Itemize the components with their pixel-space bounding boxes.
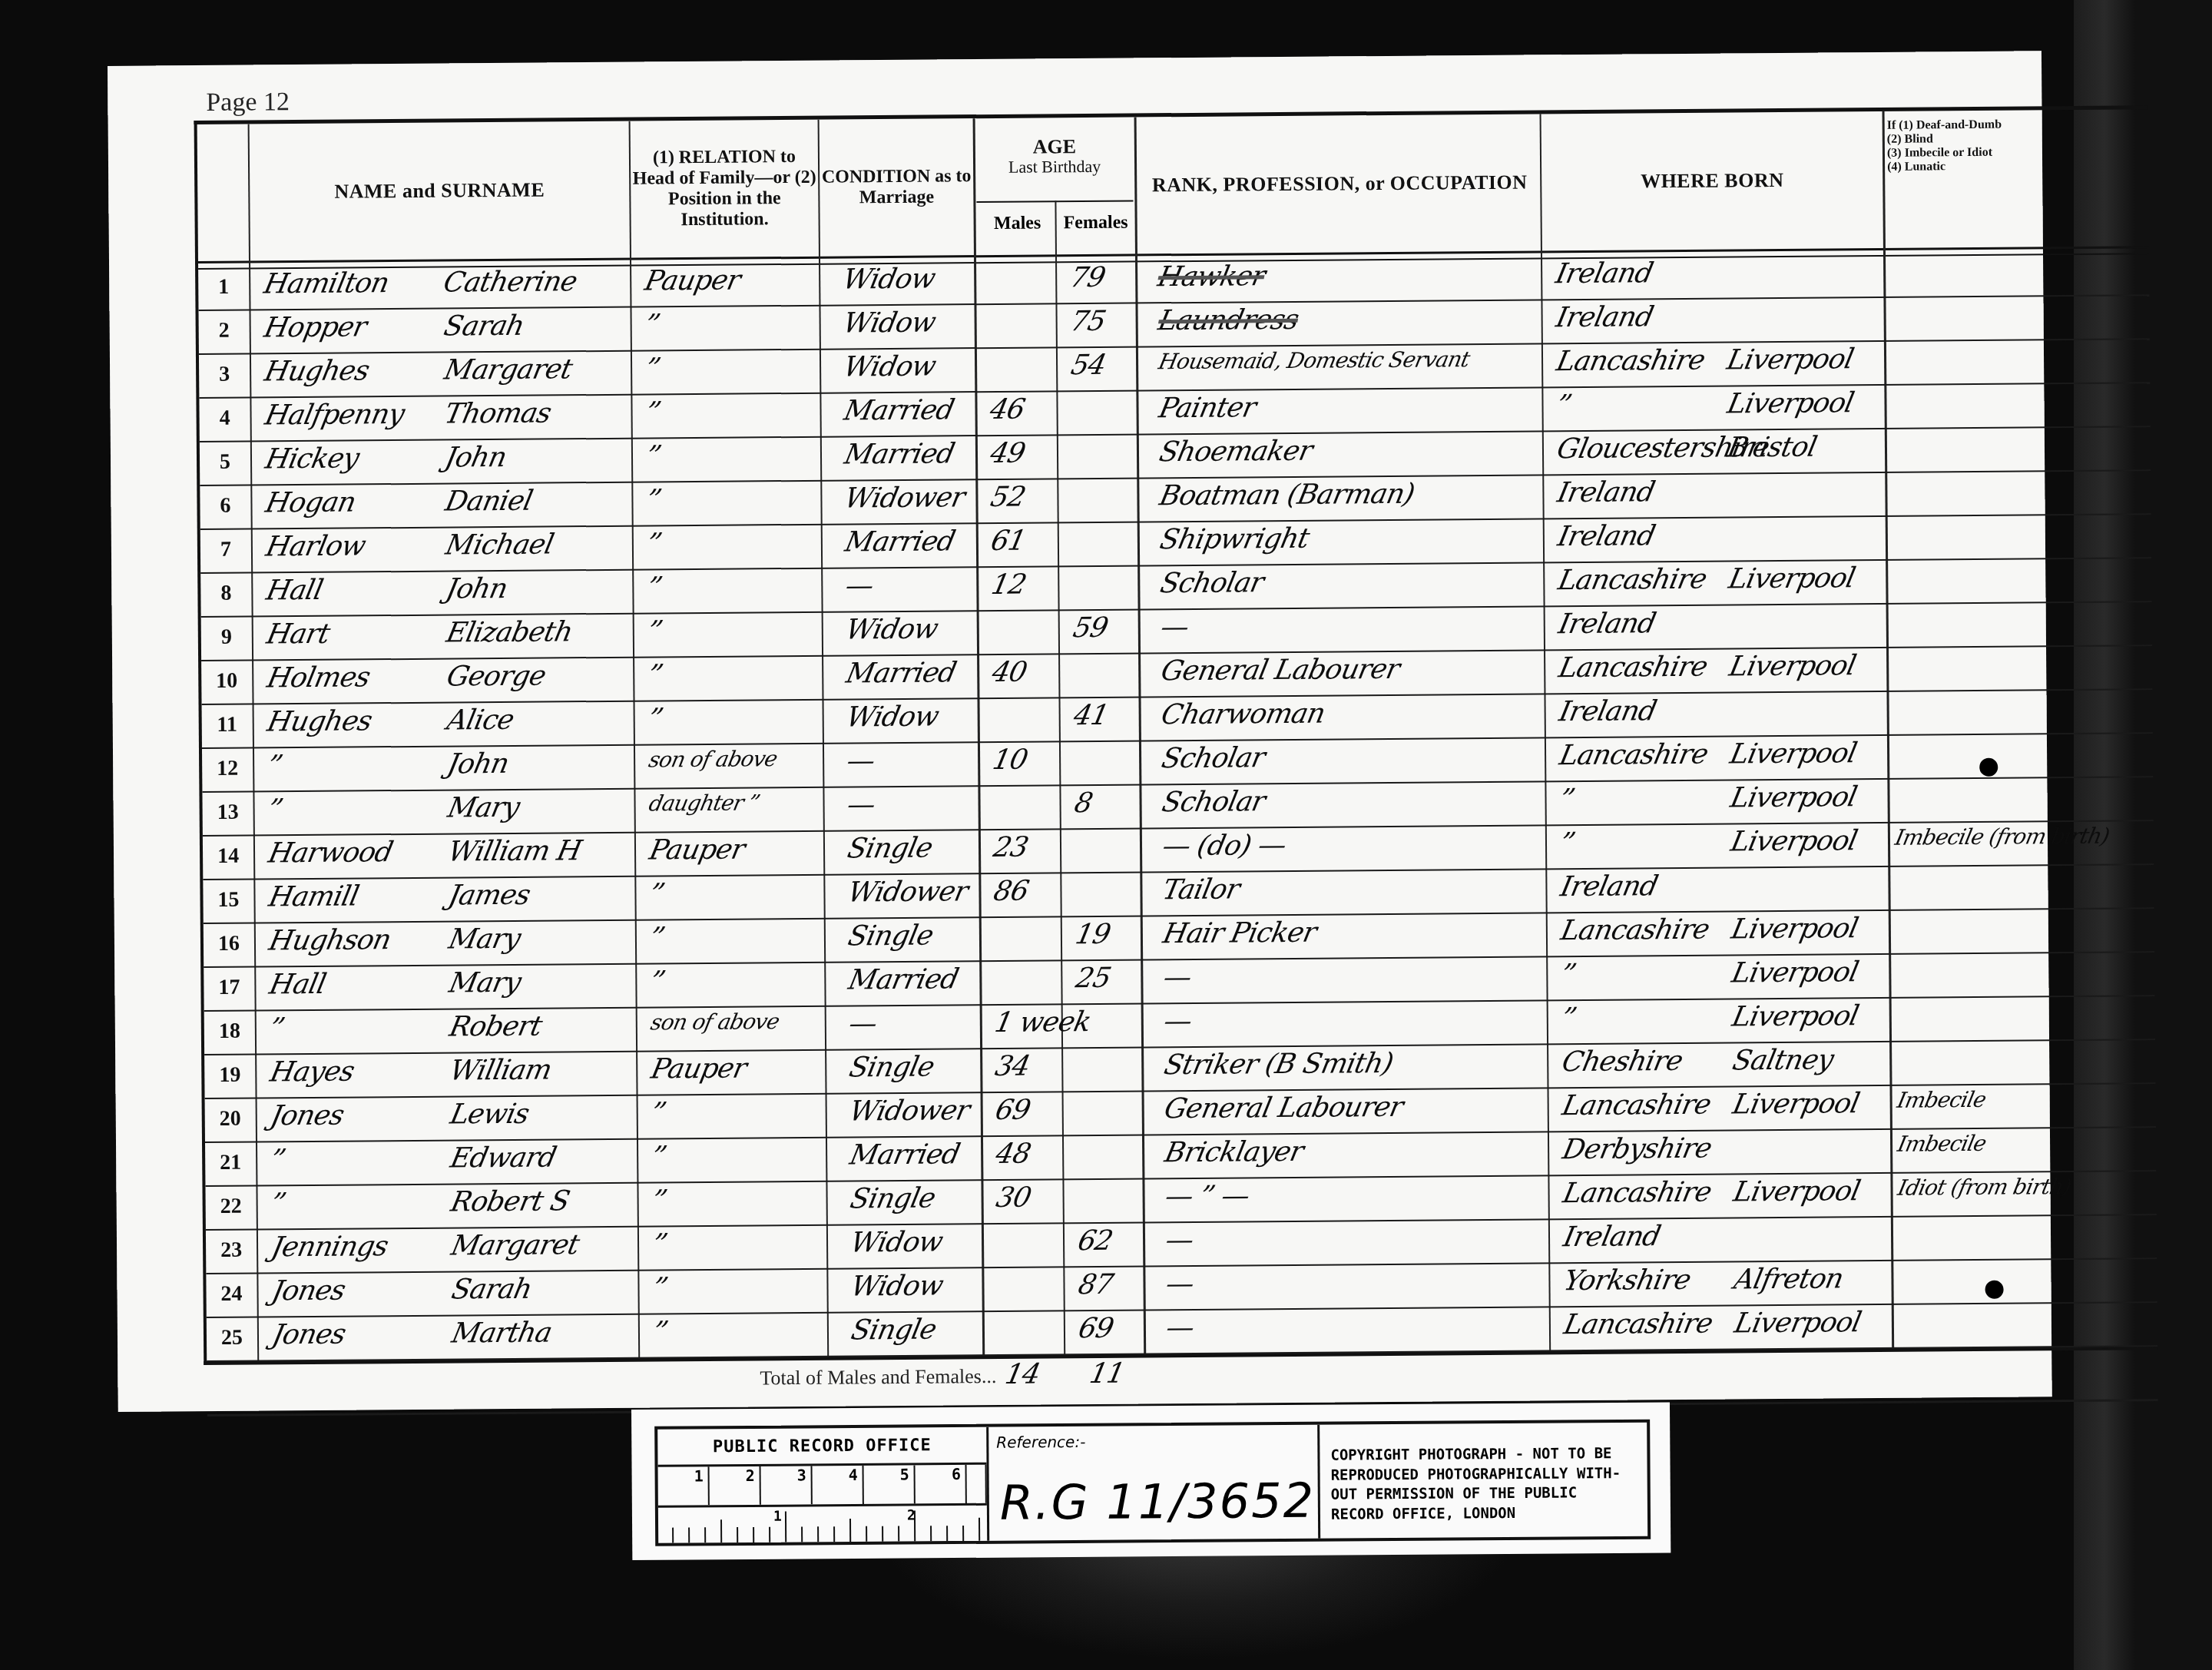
cell-condition: Married [843,657,959,689]
ruler-tick [979,1518,980,1541]
reference-value: R.G 11/3652 [1000,1473,1316,1531]
header-occupation: RANK, PROFESSION, or OCCUPATION [1141,114,1539,253]
row-number: 24 [206,1282,257,1307]
cell-occupation: — (do) — [1160,830,1289,862]
scale-numbers: 123456 [658,1465,987,1508]
row-number: 20 [205,1107,256,1132]
cell-forename: Sarah [449,1274,534,1306]
cell-occupation: Laundress [1155,304,1301,336]
cell-born-county: ” [1558,959,1578,990]
cell-male: 48 [993,1138,1033,1170]
cell-born-county: Ireland [1553,257,1655,290]
cell-surname: Hughes [262,355,372,387]
cell-condition: Widower [845,876,970,908]
census-table: NAME and SURNAME (1) RELATION to Head of… [194,105,2158,1365]
cell-born-town: Liverpool [1724,343,1856,376]
cell-relation: Pauper [648,1052,749,1085]
cell-relation: Pauper [642,265,743,297]
cell-born-town: Liverpool [1724,387,1856,419]
cell-occupation: — [1158,611,1191,643]
ruler-tick [688,1527,690,1542]
row-number: 16 [204,932,254,957]
cell-surname: Halfpenny [262,399,406,431]
scale-spacer [967,1465,987,1503]
row-number: 4 [199,406,250,432]
header-females: Females [1058,213,1134,234]
scale-number: 1 [658,1466,710,1505]
cell-male: 69 [993,1095,1033,1126]
cell-born-town: Liverpool [1730,1175,1863,1208]
cell-relation: son of above [647,746,780,772]
cell-condition: Married [842,438,957,470]
cell-relation: ” [647,878,667,910]
cell-forename: Robert S [448,1185,571,1218]
cell-condition: Widow [843,701,941,734]
header-age-title: AGE [1033,135,1077,158]
scale-number: 3 [761,1466,813,1504]
ruler-tick [849,1519,851,1542]
cell-occupation: Scholar [1159,742,1267,774]
row-number: 25 [207,1326,257,1351]
copyright-panel: COPYRIGHT PHOTOGRAPH - NOT TO BE REPRODU… [1320,1423,1647,1539]
cell-relation: ” [649,1185,669,1216]
cell-forename: William [447,1054,554,1086]
cell-condition: Widow [843,614,941,646]
row-number: 14 [203,844,253,870]
cell-forename: William H [445,835,584,867]
cell-male: 23 [991,832,1031,863]
ruler-number: 2 [907,1507,916,1523]
cell-male: 46 [987,394,1027,426]
cell-forename: John [445,748,512,780]
cell-female: 19 [1073,919,1113,950]
cell-male: 61 [988,525,1028,557]
ink-blot [1985,1281,2003,1299]
cell-relation: daughter ” [647,790,762,816]
cell-relation: ” [649,1141,669,1172]
reference-panel: Reference:- R.G 11/3652 [988,1425,1320,1541]
cell-forename: Elizabeth [444,616,575,648]
cell-male: 30 [993,1182,1033,1214]
header-where-born: WHERE BORN [1543,111,1882,250]
cell-forename: Mary [445,792,522,824]
cell-condition: Married [843,525,958,558]
cell-surname: ” [265,750,285,781]
cell-male: 1 week [992,1006,1094,1039]
cell-relation: ” [645,659,665,691]
cell-female: 59 [1071,612,1111,644]
scale-number: 5 [864,1465,916,1503]
cell-born-county: Lancashire [1558,914,1712,947]
cell-born-town: Liverpool [1732,1307,1864,1339]
cell-born-county: Ireland [1556,608,1658,640]
cell-female: 87 [1075,1269,1115,1301]
header-age: AGE Last Birthday [976,118,1134,196]
cell-condition: Widow [840,263,938,296]
cell-condition: Single [849,1314,939,1347]
cell-occupation: Scholar [1159,786,1267,818]
cell-female: 8 [1071,787,1094,819]
cell-surname: ” [267,1012,287,1044]
ruler-tick [882,1526,883,1542]
cell-condition: Married [841,394,956,426]
row-number: 8 [200,582,251,607]
cell-born-county: Lancashire [1560,1177,1714,1210]
ruler-tick [720,1519,722,1542]
cell-surname: Hickey [263,442,362,475]
cell-condition: — [843,570,876,601]
row-number: 23 [206,1238,257,1264]
divider [1055,200,1065,1354]
cell-occupation: Scholar [1157,567,1266,599]
ruler-tick [946,1526,948,1541]
ruler-tick [769,1527,770,1542]
cell-condition: — [844,789,877,820]
ruler-tick [753,1527,754,1542]
row-number: 9 [201,625,252,651]
row-number: 6 [200,494,250,519]
cell-relation: ” [647,922,667,953]
cell-born-town: Liverpool [1729,913,1861,945]
census-page: Page 12 NAME and SURNAME (1) RELATION to… [108,51,2052,1412]
cell-male: 34 [992,1051,1032,1082]
cell-forename: John [443,573,510,605]
cell-forename: Martha [449,1317,555,1349]
cell-condition: Widow [840,307,938,340]
cell-born-town: Liverpool [1730,1088,1862,1120]
cell-occupation: — [1164,1312,1197,1344]
cell-surname: ” [265,794,285,825]
cell-occupation: Hair Picker [1161,917,1320,950]
cell-relation: ” [647,966,667,997]
cell-surname: Jennings [269,1231,391,1263]
cell-forename: Mary [446,923,523,956]
cell-male: 49 [988,438,1028,469]
cell-occupation: Boatman (Barman) [1157,479,1417,512]
cell-female: 41 [1071,700,1111,731]
cell-forename: Mary [446,967,523,999]
ruler-tick [866,1526,867,1542]
cell-occupation: — [1161,962,1194,993]
cell-born-town: Liverpool [1728,825,1860,857]
header-age-subtitle: Last Birthday [1008,157,1101,177]
cell-surname: Hayes [267,1055,356,1088]
cell-forename: James [445,880,532,912]
ruler-tick [737,1527,738,1542]
cell-born-county: Ireland [1553,301,1655,333]
cell-forename: Margaret [449,1229,581,1261]
cell-forename: John [442,442,509,474]
row-number: 10 [201,669,252,694]
cell-occupation: General Labourer [1162,1092,1406,1125]
cell-relation: ” [644,528,664,559]
cell-forename: Margaret [442,353,575,386]
cell-surname: Harwood [266,837,396,869]
cell-condition: Single [847,1183,938,1215]
cell-occupation: Painter [1156,392,1258,424]
row-number: 15 [203,888,253,913]
cell-male: 40 [989,657,1029,688]
cell-occupation: — ” — [1162,1180,1252,1212]
row-number: 21 [205,1151,256,1176]
cell-condition: — [846,1008,879,1039]
cell-born-county: Lancashire [1555,564,1709,597]
cell-born-county: ” [1557,784,1577,815]
record-office-label: PUBLIC RECORD OFFICE 123456 12 Reference… [631,1403,1671,1560]
cell-relation: ” [643,396,663,428]
cell-relation: son of above [648,1009,781,1035]
scale-number: 2 [710,1466,761,1505]
header-relation: (1) RELATION to Head of Family—or (2) Po… [632,120,817,258]
cell-infirmity: Imbecile [1895,1087,1988,1113]
header-condition: CONDITION as to Marriage [821,118,972,257]
ruler-tick [801,1526,803,1542]
ruler-tick [962,1526,964,1541]
page-number: Page 12 [206,88,290,118]
cell-forename: Edward [448,1141,558,1174]
row-number: 2 [199,319,250,344]
cell-condition: Single [846,1052,937,1084]
cell-occupation: — [1161,1006,1194,1037]
ruler-tick [898,1526,899,1542]
cell-born-county: Lancashire [1554,345,1707,378]
totals-label: Total of Males and Females... [760,1365,996,1390]
cell-condition: Widow [848,1270,945,1302]
row-number: 1 [198,275,249,300]
row-number: 12 [202,757,253,782]
cell-occupation: — [1163,1224,1196,1256]
cell-surname: Jones [270,1319,348,1351]
ink-blot [1979,758,1998,777]
cell-surname: ” [268,1188,288,1219]
ruler-tick [672,1528,674,1543]
cell-born-town: Liverpool [1729,956,1861,989]
copyright-notice: COPYRIGHT PHOTOGRAPH - NOT TO BE REPRODU… [1330,1444,1640,1525]
cell-male: 86 [991,876,1031,907]
cell-forename: Lewis [448,1098,531,1131]
cell-born-county: Lancashire [1559,1089,1713,1122]
cell-female: 25 [1073,963,1113,994]
cell-forename: Sarah [441,310,526,343]
cell-female: 54 [1068,350,1108,381]
cell-surname: Harlow [263,530,368,562]
cell-female: 75 [1068,306,1108,337]
header-name: NAME and SURNAME [251,121,628,261]
cell-surname: Jones [268,1100,346,1132]
cell-surname: Hall [263,575,325,607]
cell-surname: Hart [264,618,333,651]
cell-born-town: Alfreton [1731,1263,1846,1295]
cell-occupation: — [1163,1268,1196,1300]
cell-relation: ” [645,615,665,647]
cell-male: 52 [988,482,1028,513]
row-number: 5 [200,450,250,475]
cell-forename: Daniel [442,485,535,518]
ruler-number: 1 [773,1509,782,1525]
scale-number: 4 [813,1466,864,1504]
cell-surname: Hamill [266,880,361,913]
cell-male: 12 [988,569,1028,601]
cell-born-county: Derbyshire [1560,1133,1714,1166]
cell-condition: Single [845,833,935,865]
cell-relation: ” [644,572,664,603]
row-number: 7 [200,538,251,563]
cell-female: 69 [1076,1313,1116,1344]
cell-female: 79 [1068,262,1108,293]
row-number: 11 [202,713,253,738]
row-number: 22 [206,1195,257,1220]
cell-forename: Catherine [441,266,580,298]
cell-condition: Married [847,1138,962,1171]
cell-relation: ” [644,440,664,472]
cell-occupation: Shoemaker [1157,436,1315,469]
cell-occupation: Charwoman [1158,698,1327,731]
ruler-tick [817,1526,819,1542]
row-number: 3 [199,363,250,388]
cell-condition: Single [846,920,936,953]
cell-born-county: ” [1558,827,1578,859]
cell-relation: ” [644,484,664,515]
totals-males: 14 [1002,1358,1042,1390]
cell-born-county: Lancashire [1556,651,1710,684]
cell-born-county: Lancashire [1561,1308,1715,1341]
cell-condition: Widow [848,1226,945,1258]
ruler-tick [704,1527,706,1542]
row-number: 13 [203,800,253,826]
ruler-tick [833,1526,835,1542]
cell-condition: Widower [842,482,967,514]
ruler-tick [785,1512,786,1542]
reference-label: Reference:- [996,1433,1085,1452]
cell-female: 62 [1075,1225,1115,1257]
cell-condition: Married [846,963,961,996]
cell-occupation: General Labourer [1158,654,1402,687]
totals-females: 11 [1087,1358,1127,1390]
cell-surname: Hopper [261,311,369,343]
cell-born-county: Yorkshire [1561,1264,1693,1297]
cell-relation: ” [651,1316,671,1347]
cell-occupation: Bricklayer [1162,1136,1306,1168]
cell-relation: ” [649,1097,669,1128]
cell-surname: Hughes [265,705,375,737]
cell-relation: ” [650,1228,670,1260]
cell-born-town: Bristol [1725,432,1820,464]
cell-occupation: Striker (B Smith) [1161,1048,1396,1081]
cell-born-county: ” [1559,1002,1579,1034]
cell-surname: Jones [269,1275,347,1307]
cell-relation: ” [646,703,666,734]
header-males: Males [982,213,1054,234]
ruler-tick [930,1526,932,1541]
cell-surname: Holmes [264,661,373,694]
cell-born-county: ” [1554,389,1574,421]
cell-forename: George [444,661,548,693]
cell-born-county: Ireland [1561,1221,1663,1253]
cell-born-town: Liverpool [1727,737,1859,770]
cell-born-town: Liverpool [1726,562,1858,595]
cell-born-county: Ireland [1555,476,1657,509]
cell-surname: ” [268,1144,288,1175]
header-infirmity: If (1) Deaf-and-Dumb (2) Blind (3) Imbec… [1887,110,2072,256]
cell-condition: Widow [841,351,939,383]
cell-surname: Hall [267,969,328,1001]
cell-infirmity: Imbecile (from birth) [1893,823,2111,850]
cell-born-county: Ireland [1555,520,1657,552]
cell-forename: Michael [443,529,556,561]
ruler: 12 [658,1506,987,1543]
cell-forename: Robert [447,1011,545,1043]
scale-number: 6 [916,1465,967,1503]
record-office-title: PUBLIC RECORD OFFICE [657,1427,986,1467]
row-number: 19 [204,1063,255,1088]
cell-occupation: Shipwright [1157,523,1312,556]
record-office-panel: PUBLIC RECORD OFFICE 123456 12 [657,1427,989,1543]
cell-relation: ” [643,353,663,384]
cell-male: 10 [990,744,1030,776]
cell-occupation: Hawker [1155,260,1267,293]
cell-relation: ” [650,1272,670,1304]
cell-forename: Thomas [442,397,553,429]
cell-occupation: Housemaid, Domestic Servant [1157,346,1472,374]
cell-born-town: Liverpool [1727,781,1859,813]
cell-born-county: Lancashire [1557,739,1710,772]
cell-infirmity: Idiot (from birth) [1896,1174,2073,1201]
cell-relation: ” [642,309,662,340]
cell-born-town: Liverpool [1727,650,1859,682]
row-number: 18 [204,1019,255,1045]
cell-born-town: Saltney [1730,1044,1836,1076]
cell-condition: Widower [847,1095,972,1127]
row-number: 17 [204,976,254,1001]
cell-surname: Hamilton [261,267,392,300]
cell-relation: Pauper [647,833,747,866]
cell-born-county: Cheshire [1559,1045,1685,1078]
cell-condition: — [844,745,877,777]
cell-born-county: Ireland [1558,870,1660,903]
cell-surname: Hogan [263,486,358,519]
cell-born-town: Liverpool [1730,1000,1862,1032]
cell-infirmity: Imbecile [1896,1131,1988,1157]
cell-forename: Alice [445,704,517,737]
cell-born-county: Ireland [1556,695,1658,727]
cell-occupation: Tailor [1160,873,1242,906]
cell-surname: Hughson [267,924,394,956]
